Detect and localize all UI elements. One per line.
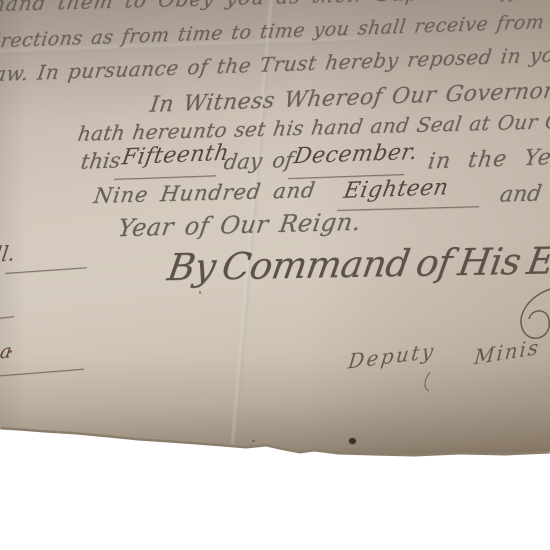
engraved-year-prefix: Nine Hundred and [92,178,317,208]
engraved-date-prefix: this [79,148,122,174]
margin-underline-top [5,267,87,274]
small-speck-edge [252,440,255,442]
day-fill-underline [114,175,216,180]
handwritten-year: Eighteen [342,175,451,204]
handwritten-day: Fifteenth [120,141,231,171]
engraved-year-suffix: and [498,181,543,207]
document-paper: mand them to Obey you as their Superior … [0,0,550,470]
engraved-line-hand-and-seal: hath hereunto set his hand and Seal at O… [76,106,550,145]
engraved-date-suffix: in the Yea [426,145,550,175]
margin-underline-bottom [0,369,84,377]
pen-descender-stroke [420,372,436,394]
margin-fragment-top: ll. [0,241,17,267]
photo-of-commission-document: mand them to Obey you as their Superior … [0,0,550,550]
engraved-line-year-of-our-reign: Year of Our Reign. [116,208,363,242]
red-ink-speck [9,350,12,353]
handwritten-title-word1: Deputy [347,338,437,373]
engraved-line-by-command: By Command of His Excell [165,238,550,289]
handwritten-title-word2: Minis [473,334,541,369]
ink-blot [349,438,356,444]
engraved-date-middle: day of [222,148,294,175]
handwritten-month: December. [292,140,420,169]
margin-underline-middle [0,316,14,319]
small-speck-upper [199,291,201,294]
